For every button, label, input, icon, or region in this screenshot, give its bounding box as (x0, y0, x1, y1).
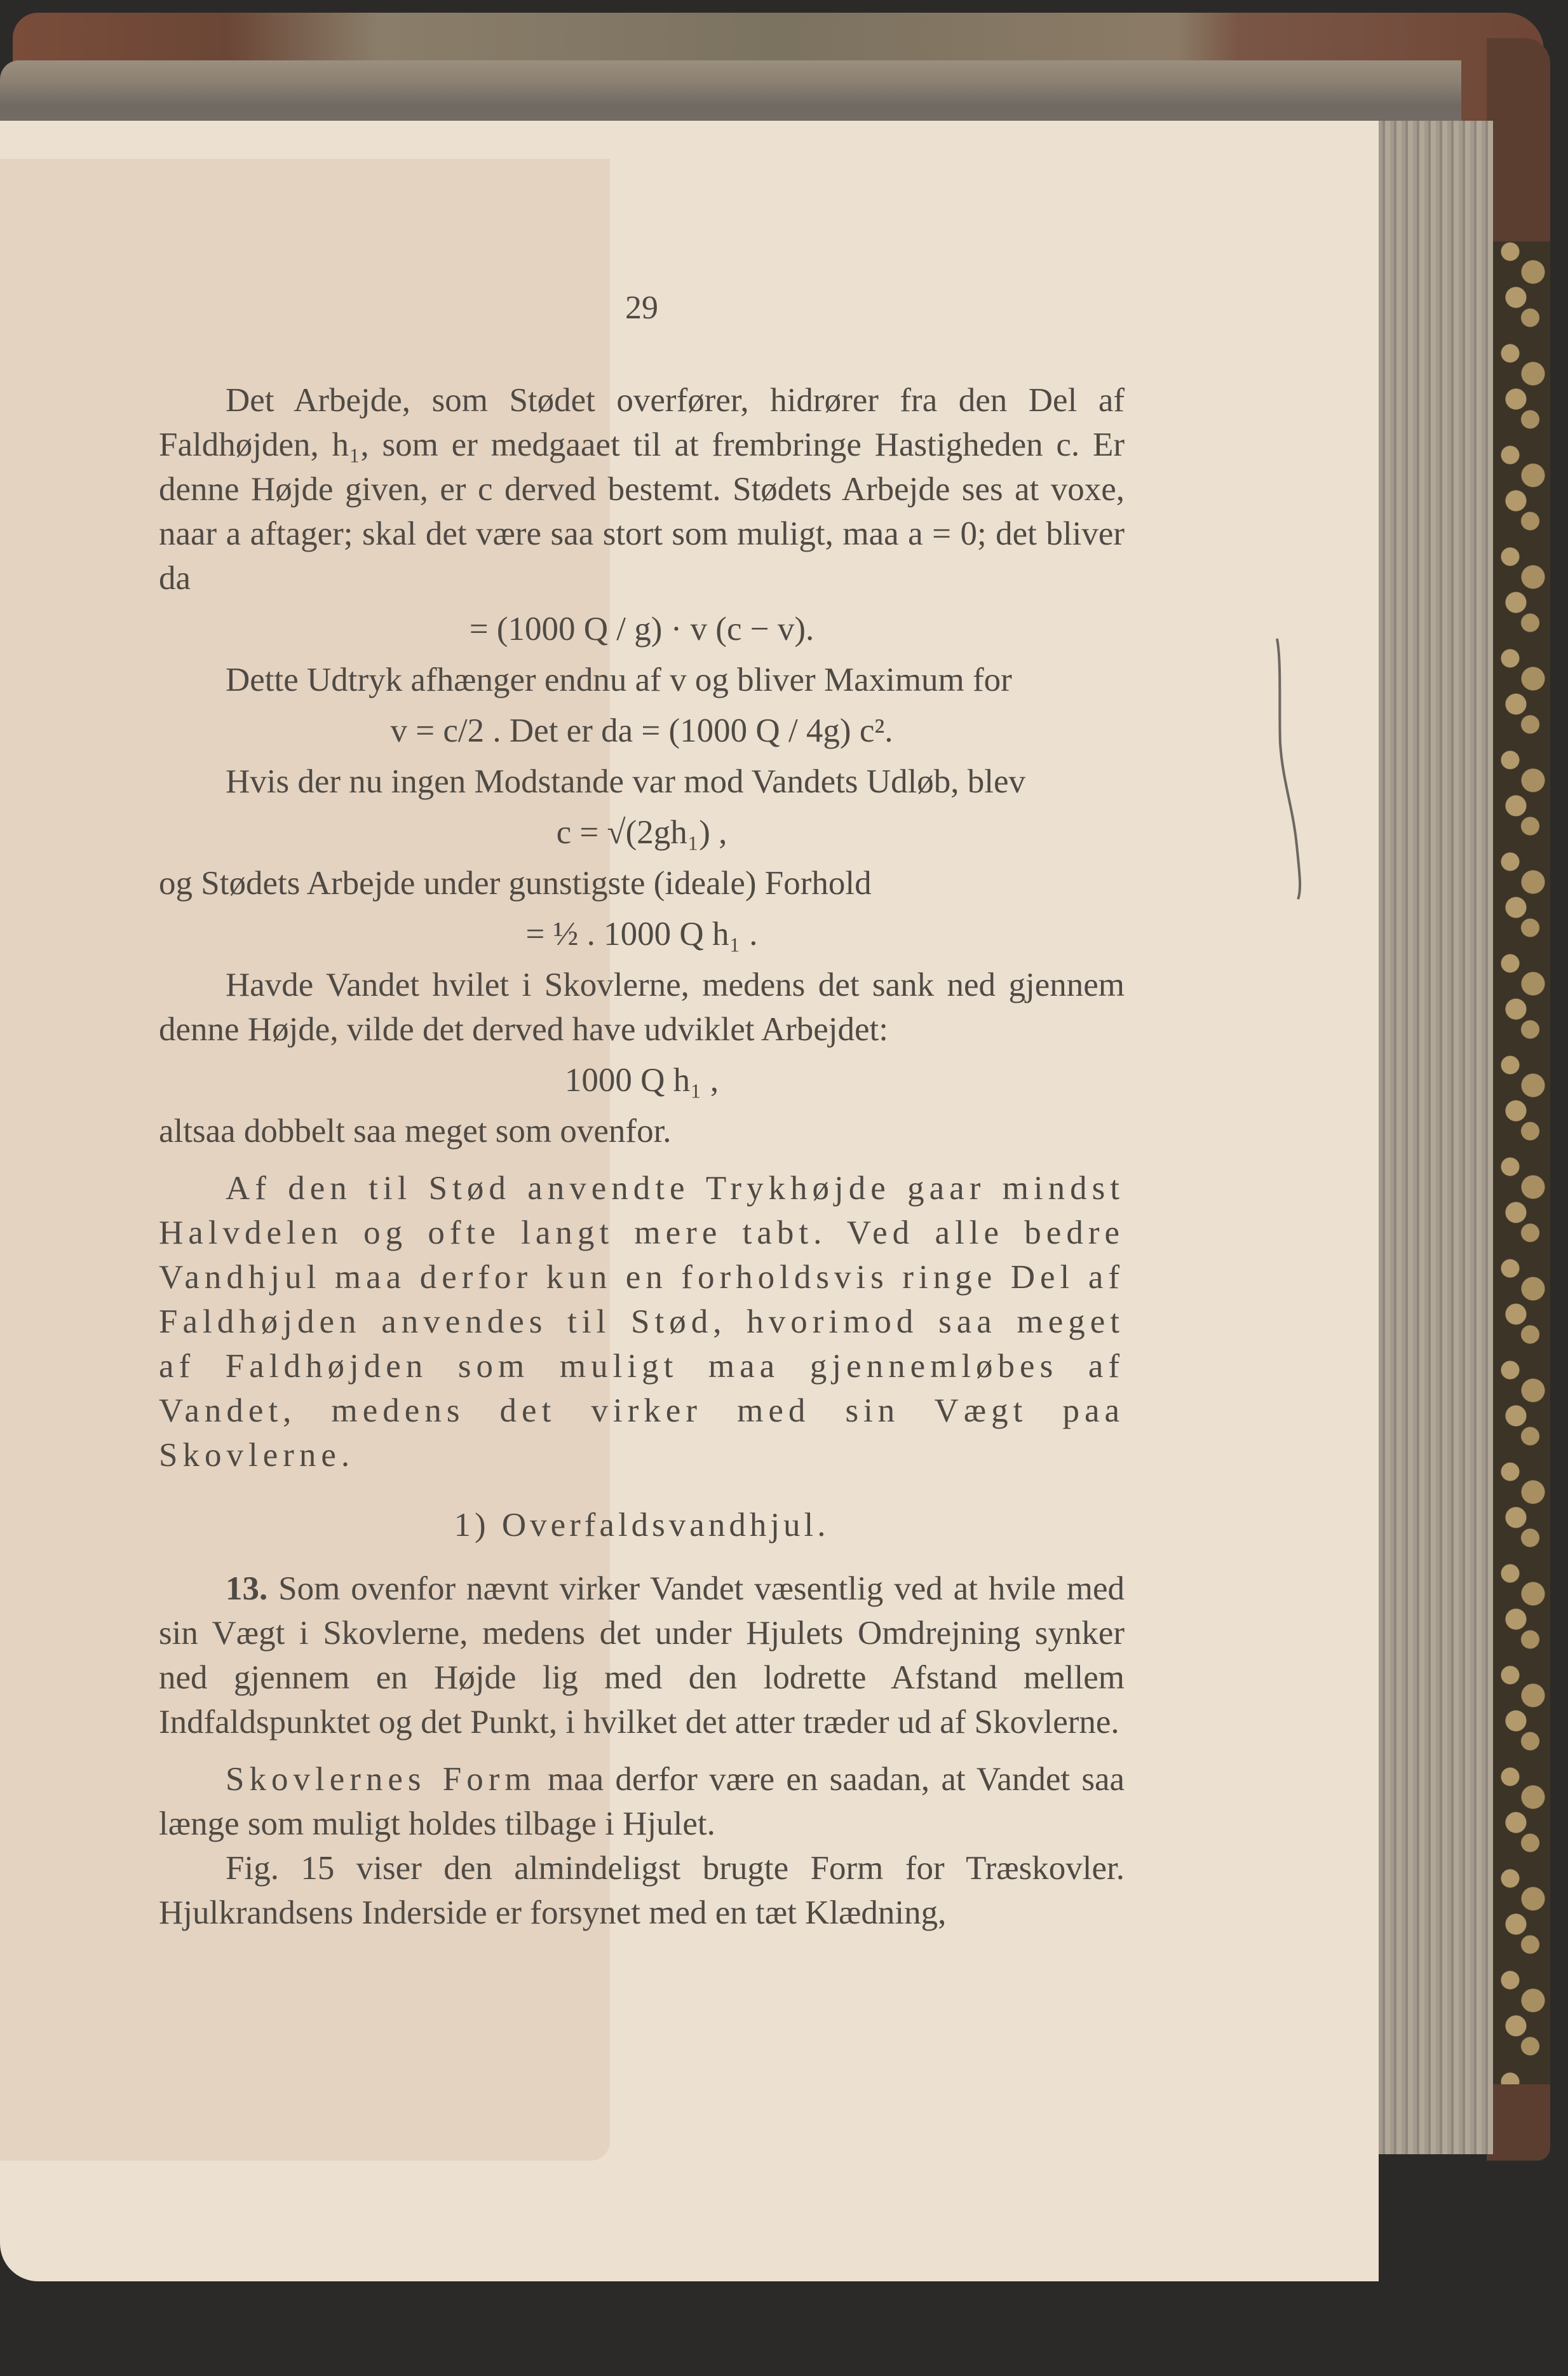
paragraph-dobbelt: altsaa dobbelt saa meget som ovenfor. (159, 1109, 1125, 1153)
marbled-board (1493, 241, 1550, 2084)
paragraph-ideal: og Stødets Arbejde under gunstigste (ide… (159, 861, 1125, 906)
equation-work: = (1000 Q / g) · v (c − v). (159, 607, 1125, 651)
equation-velocity: c = √(2gh₁) , (159, 810, 1125, 855)
paragraph-fig-15: Fig. 15 viser den almindeligst brugte Fo… (159, 1846, 1125, 1935)
spaced-term: Skovlernes Form (226, 1761, 536, 1798)
equation-ideal-work: = ½ . 1000 Q h₁ . (159, 912, 1125, 956)
pencil-mark-icon (1274, 635, 1312, 902)
section-number: 13. (226, 1570, 267, 1607)
paragraph-section-13: 13. Som ovenfor nævnt virker Vandet væse… (159, 1566, 1125, 1744)
paragraph-skovlernes-form: Skovlernes Form maa derfor være en saada… (159, 1757, 1125, 1846)
page-number: 29 (159, 286, 1125, 330)
paragraph-trykhoejde: Af den til Stød anvendte Trykhøjde gaar … (159, 1166, 1125, 1477)
equation-full-work: 1000 Q h₁ , (159, 1058, 1125, 1103)
paragraph-maximum: Dette Udtryk afhænger endnu af v og bliv… (159, 658, 1125, 702)
section-13-text: Som ovenfor nævnt virker Vandet væsentli… (159, 1570, 1125, 1741)
page-text: 29 Det Arbejde, som Stødet overfører, hi… (159, 286, 1125, 1935)
section-heading: 1) Overfaldsvandhjul. (159, 1503, 1125, 1547)
paragraph-stoedets-arbejde: Det Arbejde, som Stødet overfører, hidrø… (159, 378, 1125, 601)
paragraph-modstande: Hvis der nu ingen Modstande var mod Vand… (159, 759, 1125, 804)
paragraph-hvilet: Havde Vandet hvilet i Skovlerne, medens … (159, 963, 1125, 1052)
equation-maximum: v = c/2 . Det er da = (1000 Q / 4g) c². (159, 709, 1125, 753)
page-block-right-edge (1379, 121, 1493, 2154)
